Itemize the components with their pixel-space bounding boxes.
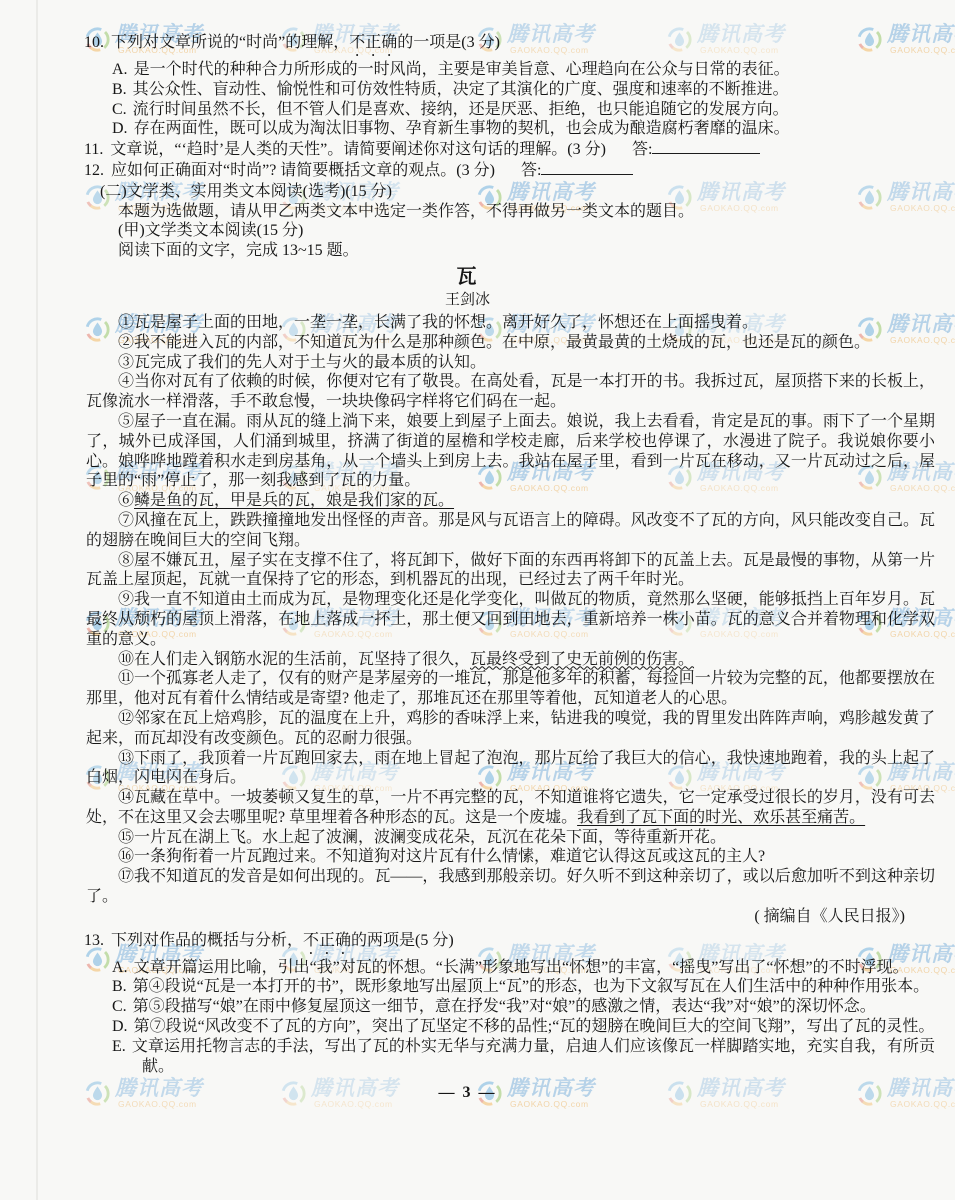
option-label: D. [112, 1018, 128, 1035]
option-label: C. [112, 101, 127, 118]
option-text: 文章开篇运用比喻，引出“我”对瓦的怀想。“长满”形象地写出“怀想”的丰富，“摇曳… [134, 959, 909, 976]
section-line: 阅读下面的文字，完成 13~15 题。 [118, 241, 935, 261]
question-10-text: 下列对文章所说的“时尚”的理解，不正确的一项是(3 分) [111, 34, 500, 51]
text-segment: 瓦最终受到了史无前例的伤害。 [470, 651, 694, 668]
option-text: 其公众性、盲动性、愉悦性和可仿效性特质，决定了其演化的广度、强度和速率的不断推进… [133, 81, 789, 98]
text-segment: ⑨我一直不知道由土而成为瓦，是物理变化还是化学变化，叫做瓦的物质，竟然那么坚硬，… [86, 591, 935, 648]
option-text: 存在两面性，既可以成为淘汰旧事物、孕育新生事物的契机，也会成为酿造腐朽奢靡的温床… [134, 120, 790, 137]
question-12-number: 12. [84, 162, 104, 179]
text-segment: ⑩在人们走入钢筋水泥的生活前，瓦坚持了很久， [118, 651, 470, 668]
text-segment: 下列对作品的概括与分析， [111, 932, 303, 949]
text-segment: 的一项是(3 分) [397, 34, 500, 51]
text-segment: 鳞是鱼的瓦，甲是兵的瓦，娘是我们家的瓦。 [134, 492, 454, 509]
question-10-number: 10. [84, 34, 104, 51]
essay-title: 瓦 [0, 264, 935, 290]
option-row: E.文章运用托物言志的手法，写出了瓦的朴实无华与充满力量，启迪人们应该像瓦一样脚… [112, 1037, 935, 1077]
page-number: — 3 — [0, 1083, 935, 1103]
text-segment: ②我不能进入瓦的内部，不知道瓦为什么是那种颜色。在中原，最黄最黄的土烧成的瓦，也… [118, 334, 870, 351]
essay-paragraph: ⑰我不知道瓦的发音是如何出现的。瓦——，我感到那般亲切。好久听不到这种亲切了，或… [86, 867, 935, 907]
text-segment: ⑧屋不嫌瓦丑，屋子实在支撑不住了，将瓦卸下，做好下面的东西再将卸下的瓦盖上去。瓦… [86, 552, 935, 589]
question-13-text: 下列对作品的概括与分析，不正确的两项是(5 分) [111, 932, 454, 949]
question-13-block: 13.下列对作品的概括与分析，不正确的两项是(5 分) A.文章开篇运用比喻，引… [0, 931, 935, 1077]
option-label: A. [112, 959, 128, 976]
text-segment: 我看到了瓦下面的时光、欢乐甚至痛苦。 [577, 809, 865, 826]
question-13-number: 13. [84, 932, 104, 949]
text-segment: ⑮一片瓦在湖上飞。水上起了波澜，波澜变成花朵，瓦沉在花朵下面，等待重新开花。 [118, 829, 726, 846]
text-segment: 不正确 [349, 34, 397, 51]
section-line: 本题为选做题，请从甲乙两类文本中选定一类作答，不得再做另一类文本的题目。 [118, 202, 935, 222]
essay-source: ( 摘编自《人民日报》) [0, 907, 905, 927]
essay-paragraph: ⑫邻家在瓦上焙鸡胗，瓦的温度在上升，鸡胗的香味浮上来，钻进我的嗅觉，我的胃里发出… [86, 709, 935, 749]
text-segment: 下列对文章所说的“时尚”的理解， [111, 34, 349, 51]
option-text: 流行时间虽然不长，但不管人们是喜欢、接纳，还是厌恶、拒绝，也只能追随它的发展方向… [133, 101, 789, 118]
essay-paragraph: ③瓦完成了我们的先人对于土与火的最本质的认知。 [86, 353, 935, 373]
option-row: C.流行时间虽然不长，但不管人们是喜欢、接纳，还是厌恶、拒绝，也只能追随它的发展… [112, 100, 935, 120]
essay-paragraph: ④当你对瓦有了依赖的时候，你便对它有了敬畏。在高处看，瓦是一本打开的书。我拆过瓦… [86, 372, 935, 412]
text-segment: ⑬下雨了，我顶着一片瓦跑回家去，雨在地上冒起了泡泡，那片瓦给了我巨大的信心，我快… [86, 750, 935, 787]
option-row: D.第⑦段说“风改变不了瓦的方向”，突出了瓦坚定不移的品性;“瓦的翅膀在晚间巨大… [112, 1017, 935, 1037]
text-segment: ①瓦是屋子上面的田地，一垄一垄，长满了我的怀想。离开好久了，怀想还在上面摇曳着。 [118, 314, 758, 331]
text-segment: ⑦风撞在瓦上，跌跌撞撞地发出怪怪的声音。那是风与瓦语言上的障碍。风改变不了瓦的方… [86, 512, 935, 549]
option-label: C. [112, 998, 127, 1015]
text-segment: 不正确 [303, 932, 351, 949]
essay-paragraph: ⑮一片瓦在湖上飞。水上起了波澜，波澜变成花朵，瓦沉在花朵下面，等待重新开花。 [86, 828, 935, 848]
text-segment: ③瓦完成了我们的先人对于土与火的最本质的认知。 [118, 354, 486, 371]
option-row: B.其公众性、盲动性、愉悦性和可仿效性特质，决定了其演化的广度、强度和速率的不断… [112, 80, 935, 100]
essay-paragraph: ⑩在人们走入钢筋水泥的生活前，瓦坚持了很久，瓦最终受到了史无前例的伤害。 [86, 650, 935, 670]
exam-page: 腾讯高考 GAOKAO.QQ.com 腾讯高考 GAOKAO.QQ.com [0, 0, 955, 1200]
question-11-number: 11. [84, 141, 103, 158]
question-10-stem: 10.下列对文章所说的“时尚”的理解，不正确的一项是(3 分) [84, 33, 935, 60]
option-text: 第⑦段说“风改变不了瓦的方向”，突出了瓦坚定不移的品性;“瓦的翅膀在晚间巨大的空… [134, 1018, 935, 1035]
section-instructions: (二)文学类、实用类文本阅读(选考)(15 分)本题为选做题，请从甲乙两类文本中… [0, 182, 935, 261]
text-segment: ⑥ [118, 492, 134, 509]
option-row: D.存在两面性，既可以成为淘汰旧事物、孕育新生事物的契机，也会成为酿造腐朽奢靡的… [112, 119, 935, 139]
option-label: D. [112, 120, 128, 137]
question-12-text: 应如何正确面对“时尚”? 请简要概括文章的观点。(3 分) [111, 162, 495, 179]
text-segment: ⑤屋子一直在漏。雨从瓦的缝上淌下来，娘要上到屋子上面去。娘说，我上去看看，肯定是… [86, 413, 935, 489]
option-row: A.文章开篇运用比喻，引出“我”对瓦的怀想。“长满”形象地写出“怀想”的丰富，“… [112, 958, 935, 978]
essay-author: 王剑冰 [0, 290, 935, 311]
text-segment: ⑪一个孤寡老人走了，仅有的财产是茅屋旁的一堆瓦，那是他多年的积蓄，每捡回一片较为… [86, 670, 935, 707]
question-10-options: A.是一个时代的种种合力所形成的一时风尚，主要是审美旨意、心理趋向在公众与日常的… [112, 60, 935, 139]
option-label: B. [112, 978, 127, 995]
text-segment: 的两项是(5 分) [351, 932, 454, 949]
essay-paragraph: ⑪一个孤寡老人走了，仅有的财产是茅屋旁的一堆瓦，那是他多年的积蓄，每捡回一片较为… [86, 669, 935, 709]
option-label: E. [112, 1038, 126, 1055]
question-12-answer-label: 答: [521, 162, 541, 179]
question-11-answer-label: 答: [632, 141, 652, 158]
essay-paragraph: ⑭瓦藏在草中。一坡萎顿又复生的草，一片不再完整的瓦，不知道谁将它遗失，它一定承受… [86, 788, 935, 828]
essay-body: ①瓦是屋子上面的田地，一垄一垄，长满了我的怀想。离开好久了，怀想还在上面摇曳着。… [0, 313, 935, 907]
question-12-answer-blank [541, 160, 633, 175]
text-segment: ⑫邻家在瓦上焙鸡胗，瓦的温度在上升，鸡胗的香味浮上来，钻进我的嗅觉，我的胃里发出… [86, 710, 935, 747]
question-11: 11.文章说，“‘趋时’是人类的天性”。请简要阐述你对这句话的理解。(3 分)答… [84, 139, 935, 160]
section-line: (甲)文学类文本阅读(15 分) [118, 221, 935, 241]
essay-paragraph: ⑤屋子一直在漏。雨从瓦的缝上淌下来，娘要上到屋子上面去。娘说，我上去看看，肯定是… [86, 412, 935, 491]
option-label: A. [112, 61, 128, 78]
question-13-stem: 13.下列对作品的概括与分析，不正确的两项是(5 分) [84, 931, 935, 958]
essay-paragraph: ①瓦是屋子上面的田地，一垄一垄，长满了我的怀想。离开好久了，怀想还在上面摇曳着。 [86, 313, 935, 333]
essay-paragraph: ⑧屋不嫌瓦丑，屋子实在支撑不住了，将瓦卸下，做好下面的东西再将卸下的瓦盖上去。瓦… [86, 551, 935, 591]
option-row: B.第④段说“瓦是一本打开的书”，既形象地写出屋顶上“瓦”的形态，也为下文叙写瓦… [112, 977, 935, 997]
question-13-options: A.文章开篇运用比喻，引出“我”对瓦的怀想。“长满”形象地写出“怀想”的丰富，“… [112, 958, 935, 1077]
option-text: 是一个时代的种种合力所形成的一时风尚，主要是审美旨意、心理趋向在公众与日常的表征… [134, 61, 790, 78]
essay-paragraph: ②我不能进入瓦的内部，不知道瓦为什么是那种颜色。在中原，最黄最黄的土烧成的瓦，也… [86, 333, 935, 353]
question-11-answer-blank [652, 139, 760, 154]
text-segment: ⑰我不知道瓦的发音是如何出现的。瓦——，我感到那般亲切。好久听不到这种亲切了，或… [86, 868, 935, 905]
text-segment: ⑯一条狗衔着一片瓦跑过来。不知道狗对这片瓦有什么情愫，难道它认得这瓦或这瓦的主人… [118, 848, 765, 865]
option-row: A.是一个时代的种种合力所形成的一时风尚，主要是审美旨意、心理趋向在公众与日常的… [112, 60, 935, 80]
question-11-text: 文章说，“‘趋时’是人类的天性”。请简要阐述你对这句话的理解。(3 分) [110, 141, 606, 158]
option-label: B. [112, 81, 127, 98]
option-text: 文章运用托物言志的手法，写出了瓦的朴实无华与充满力量，启迪人们应该像瓦一样脚踏实… [132, 1038, 935, 1075]
essay-paragraph: ⑬下雨了，我顶着一片瓦跑回家去，雨在地上冒起了泡泡，那片瓦给了我巨大的信心，我快… [86, 749, 935, 789]
page-content: 10.下列对文章所说的“时尚”的理解，不正确的一项是(3 分) A.是一个时代的… [0, 0, 955, 1103]
option-text: 第④段说“瓦是一本打开的书”，既形象地写出屋顶上“瓦”的形态，也为下文叙写瓦在人… [133, 978, 929, 995]
question-12: 12.应如何正确面对“时尚”? 请简要概括文章的观点。(3 分)答: [84, 160, 935, 181]
option-text: 第⑤段描写“娘”在雨中修复屋顶这一细节，意在抒发“我”对“娘”的感激之情，表达“… [133, 998, 876, 1015]
essay-paragraph: ⑥鳞是鱼的瓦，甲是兵的瓦，娘是我们家的瓦。 [86, 491, 935, 511]
section-line: (二)文学类、实用类文本阅读(选考)(15 分) [100, 182, 935, 202]
essay-paragraph: ⑨我一直不知道由土而成为瓦，是物理变化还是化学变化，叫做瓦的物质，竟然那么坚硬，… [86, 590, 935, 649]
essay-paragraph: ⑯一条狗衔着一片瓦跑过来。不知道狗对这片瓦有什么情愫，难道它认得这瓦或这瓦的主人… [86, 847, 935, 867]
text-segment: ④当你对瓦有了依赖的时候，你便对它有了敬畏。在高处看，瓦是一本打开的书。我拆过瓦… [86, 373, 935, 410]
option-row: C.第⑤段描写“娘”在雨中修复屋顶这一细节，意在抒发“我”对“娘”的感激之情，表… [112, 997, 935, 1017]
essay-paragraph: ⑦风撞在瓦上，跌跌撞撞地发出怪怪的声音。那是风与瓦语言上的障碍。风改变不了瓦的方… [86, 511, 935, 551]
